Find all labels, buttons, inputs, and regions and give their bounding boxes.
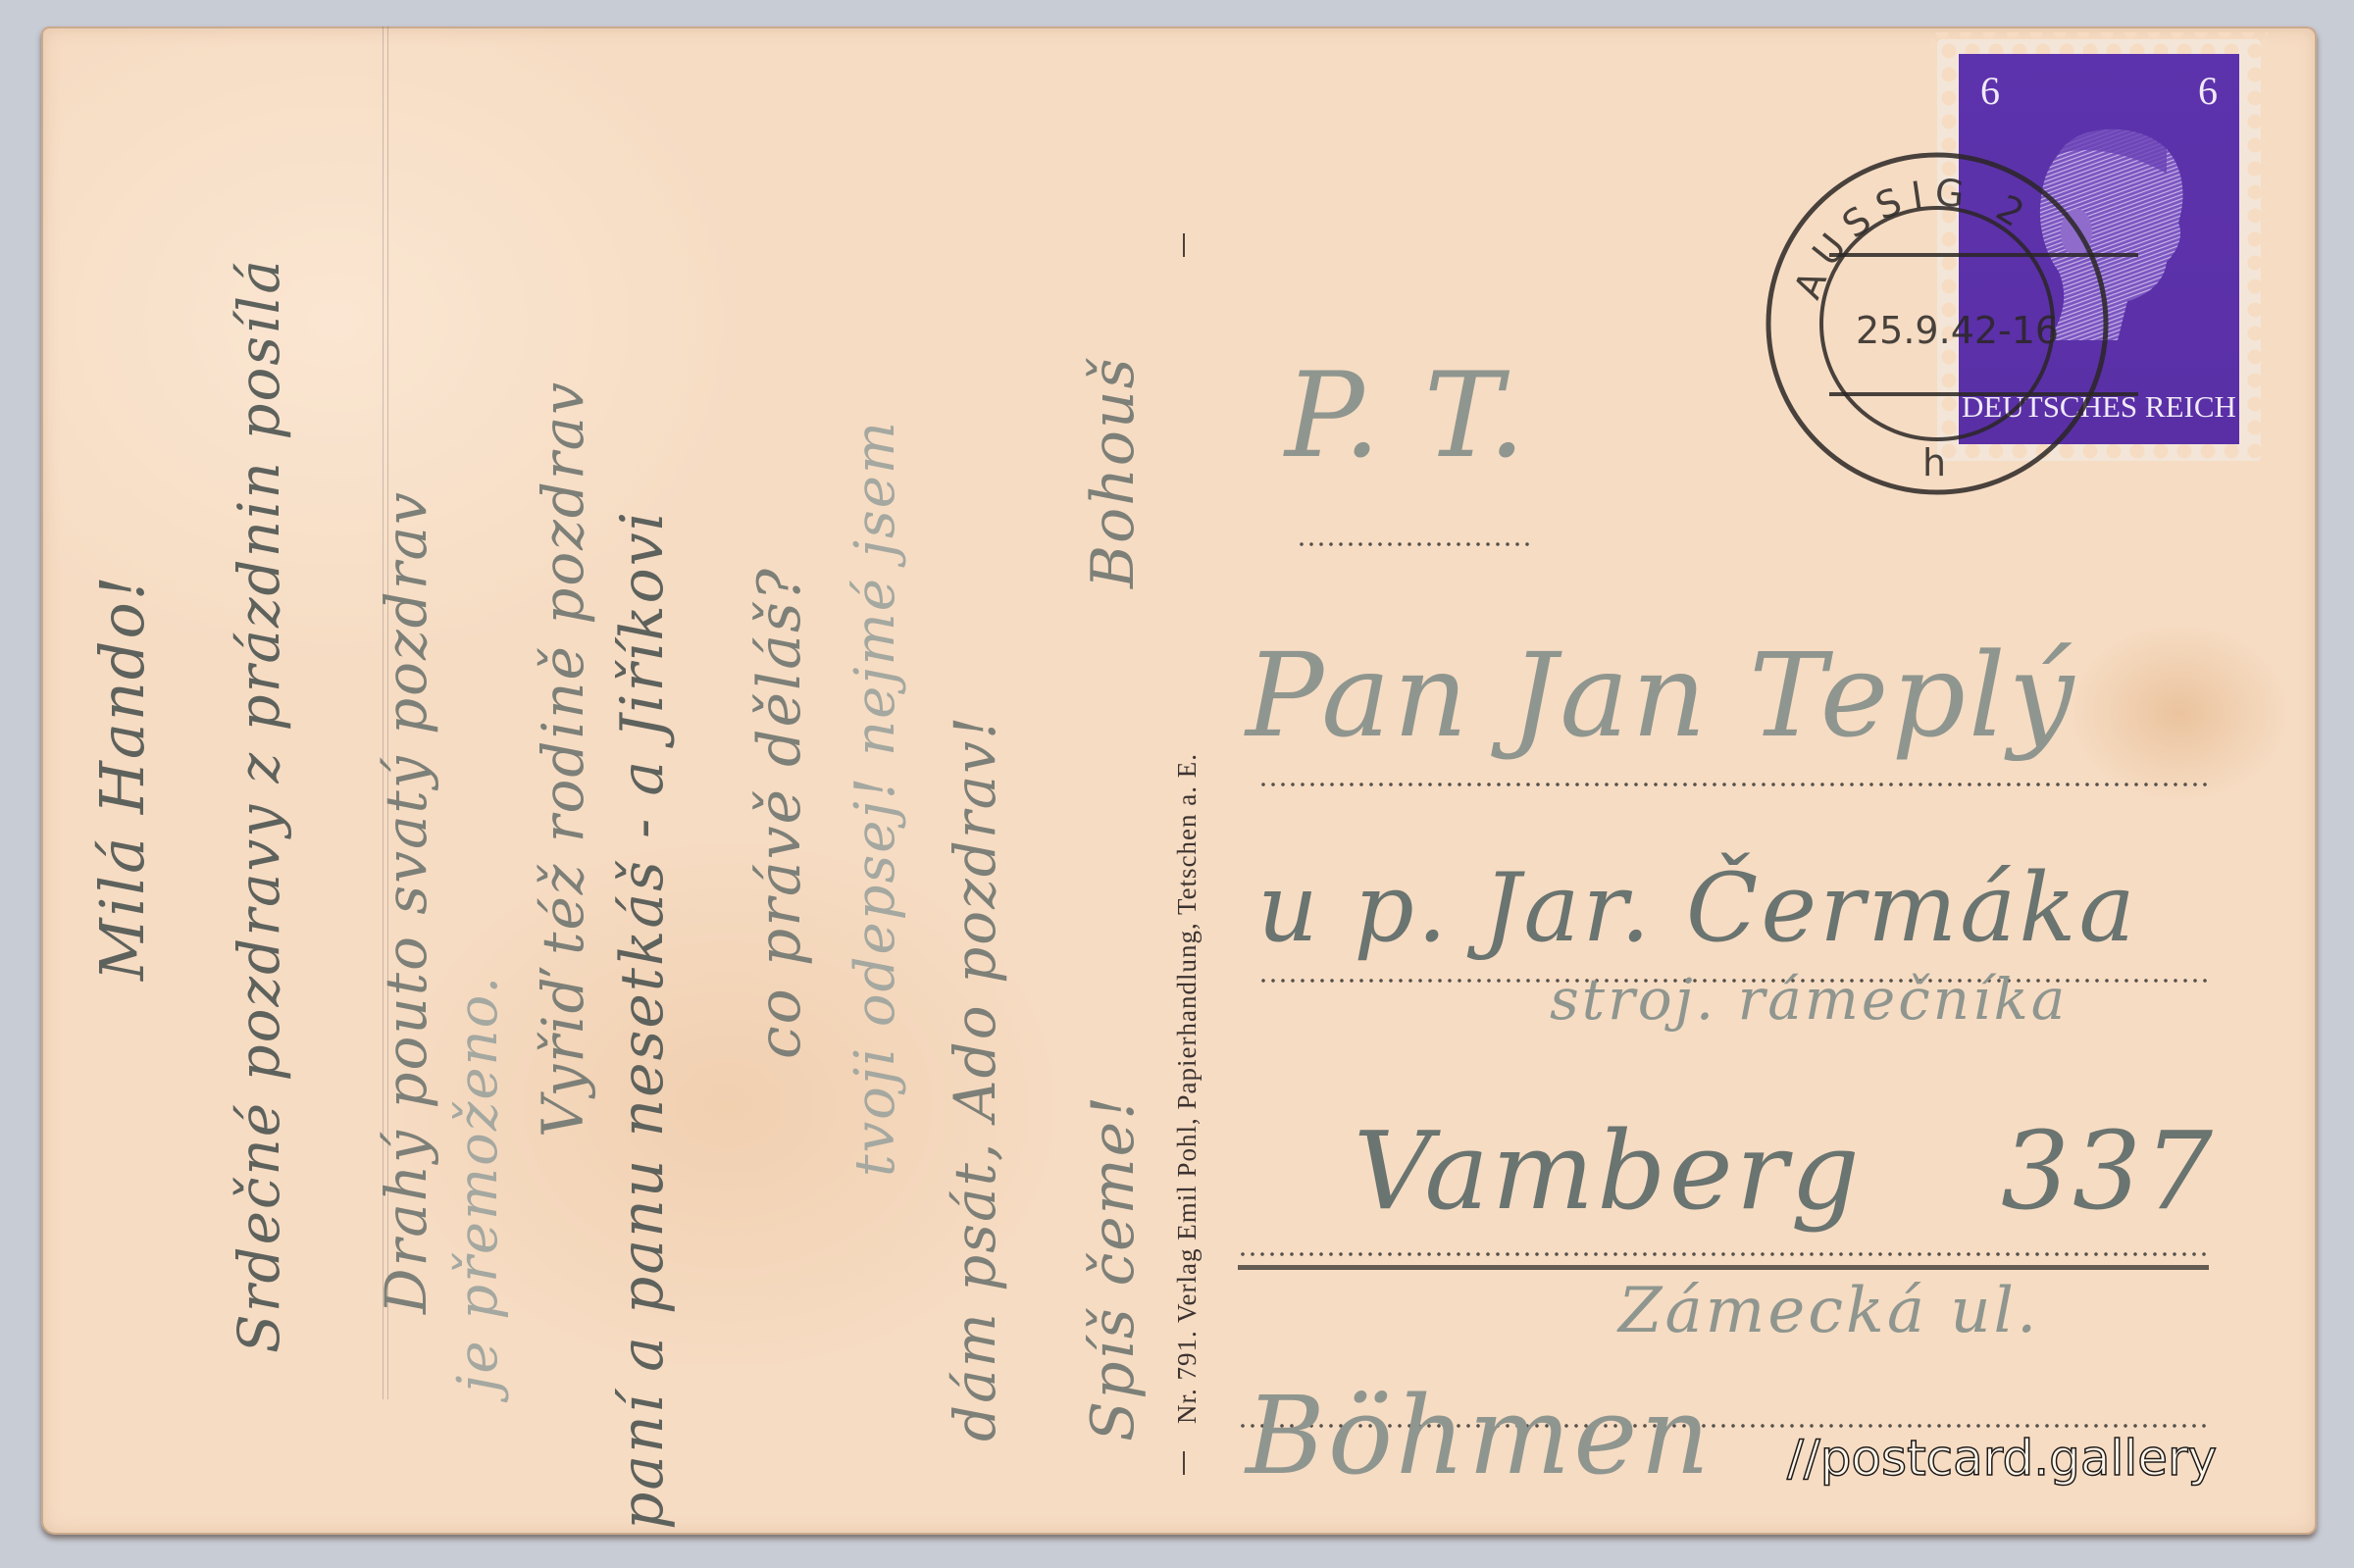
message-line: Spíš čeme! [1079, 1094, 1148, 1442]
imprint-dash-bottom [1183, 1451, 1185, 1475]
address-line-1 [1297, 542, 1532, 546]
address-town: Vamberg [1354, 1108, 1863, 1234]
address-line-4 [1238, 1252, 2209, 1256]
stamp-face: 6 6 DEUTSCHES REICH [1959, 54, 2239, 444]
message-line: tvoji odepsej! nejmé jsem [844, 420, 907, 1177]
address-name: Pan Jan Teplý [1246, 628, 2076, 763]
site-watermark: //postcard.gallery [1787, 1430, 2217, 1487]
message-line: Vyřiď též rodině pozdrav [530, 380, 596, 1138]
stamp-denomination-left: 6 [1980, 68, 2000, 114]
message-line: je přemoženo. [446, 975, 510, 1392]
address-occupation: stroj. rámečníka [1550, 966, 2068, 1033]
message-line: dám psát, Ado pozdrav! [942, 715, 1008, 1442]
message-line: Srdečné pozdravy z prázdnin posílá [226, 258, 292, 1353]
message-line: paní a panu nesetkáš - a Jiříkovi [608, 510, 677, 1530]
message-line: Drahý pouto svatý pozdrav [373, 490, 439, 1314]
address-region: Böhmen [1246, 1373, 1713, 1498]
address-care-of: u p. Jar. Čermáka [1257, 853, 2138, 963]
stamp-denomination-right: 6 [2198, 68, 2218, 114]
publisher-imprint: Nr. 791. Verlag Emil Pohl, Papierhandlun… [1172, 753, 1203, 1424]
message-line: Milá Hando! [86, 574, 158, 981]
signature: Bohouš [1079, 357, 1148, 588]
stamp-country-label: DEUTSCHES REICH [1959, 389, 2239, 425]
address-house-number: 337 [2001, 1108, 2216, 1234]
imprint-dash-top [1183, 233, 1185, 257]
address-salutation: P. T. [1285, 348, 1528, 484]
address-line-4-underline [1238, 1265, 2209, 1270]
address-line-2 [1258, 783, 2210, 786]
portrait-icon [2020, 115, 2191, 340]
address-street: Zámecká ul. [1618, 1275, 2039, 1347]
message-line: co právě děláš? [745, 567, 814, 1059]
